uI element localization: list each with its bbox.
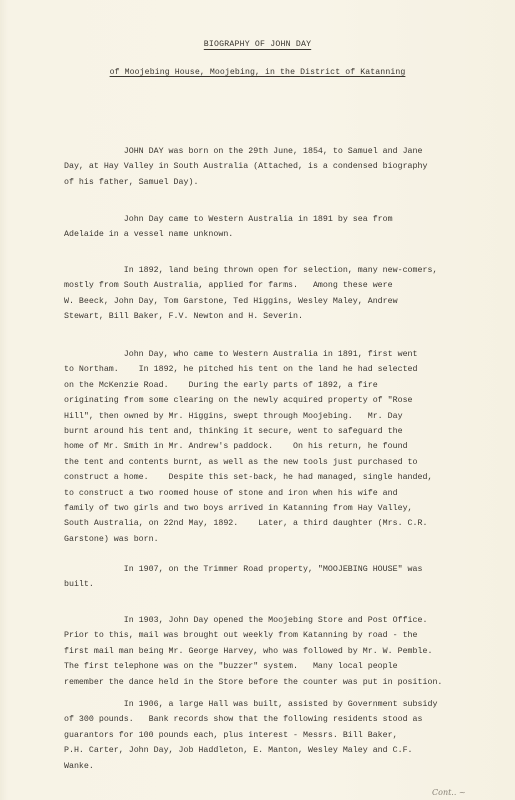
- paragraph-line: to Northam. In 1892, he pitched his tent…: [64, 362, 474, 377]
- paragraph-line: guarantors for 100 pounds each, plus int…: [64, 728, 474, 743]
- paragraph-line: Day, at Hay Valley in South Australia (A…: [64, 159, 474, 174]
- paragraph-line: In 1906, a large Hall was built, assiste…: [64, 697, 474, 712]
- paragraph-line: remember the dance held in the Store bef…: [64, 675, 474, 690]
- paragraph-line: The first telephone was on the "buzzer" …: [64, 659, 474, 674]
- paragraph: In 1906, a large Hall was built, assiste…: [64, 697, 474, 774]
- paragraph-line: John Day, who came to Western Australia …: [64, 347, 474, 362]
- paragraph: John Day came to Western Australia in 18…: [64, 212, 474, 243]
- paragraph-line: of 300 pounds. Bank records show that th…: [64, 712, 474, 727]
- paragraph-line: Garstone) was born.: [64, 532, 474, 547]
- paragraph-line: construct a home. Despite this set-back,…: [64, 470, 474, 485]
- paragraph-line: burnt around his tent and, thinking it s…: [64, 424, 474, 439]
- paragraph-line: P.H. Carter, John Day, Job Haddleton, E.…: [64, 743, 474, 758]
- subtitle-text: of Moojebing House, Moojebing, in the Di…: [110, 68, 406, 77]
- paragraph-line: originating from some clearing on the ne…: [64, 393, 474, 408]
- paragraph-line: family of two girls and two boys arrived…: [64, 501, 474, 516]
- paragraph-line: W. Beeck, John Day, Tom Garstone, Ted Hi…: [64, 294, 474, 309]
- paragraph-line: JOHN DAY was born on the 29th June, 1854…: [64, 144, 474, 159]
- paragraph-line: mostly from South Australia, applied for…: [64, 278, 474, 293]
- paragraph: John Day, who came to Western Australia …: [64, 347, 474, 547]
- paragraph-line: Hill", then owned by Mr. Higgins, swept …: [64, 409, 474, 424]
- paragraph-line: built.: [64, 577, 474, 592]
- paragraph-line: John Day came to Western Australia in 18…: [64, 212, 474, 227]
- paragraph-line: to construct a two roomed house of stone…: [64, 486, 474, 501]
- paragraph: In 1892, land being thrown open for sele…: [64, 263, 474, 325]
- paragraph-line: home of Mr. Smith in Mr. Andrew's paddoc…: [64, 439, 474, 454]
- paragraph-line: on the McKenzie Road. During the early p…: [64, 378, 474, 393]
- paragraph: In 1903, John Day opened the Moojebing S…: [64, 613, 474, 690]
- document-subtitle: of Moojebing House, Moojebing, in the Di…: [0, 68, 515, 77]
- paragraph: In 1907, on the Trimmer Road property, "…: [64, 562, 474, 593]
- paragraph-line: In 1903, John Day opened the Moojebing S…: [64, 613, 474, 628]
- paragraph-line: of his father, Samuel Day).: [64, 175, 474, 190]
- paragraph-line: Adelaide in a vessel name unknown.: [64, 227, 474, 242]
- paragraph: JOHN DAY was born on the 29th June, 1854…: [64, 144, 474, 190]
- document-page: BIOGRAPHY OF JOHN DAY of Moojebing House…: [0, 0, 515, 800]
- paragraph-line: the tent and contents burnt, as well as …: [64, 455, 474, 470]
- paragraph-line: South Australia, on 22nd May, 1892. Late…: [64, 516, 474, 531]
- paragraph-line: Wanke.: [64, 759, 474, 774]
- document-title: BIOGRAPHY OF JOHN DAY: [0, 40, 515, 49]
- paragraph-line: first mail man being Mr. George Harvey, …: [64, 644, 474, 659]
- paragraph-line: In 1892, land being thrown open for sele…: [64, 263, 474, 278]
- handwritten-note: Cont.. ~: [432, 788, 466, 797]
- paragraph-line: In 1907, on the Trimmer Road property, "…: [64, 562, 474, 577]
- title-text: BIOGRAPHY OF JOHN DAY: [204, 40, 311, 49]
- paragraph-line: Stewart, Bill Baker, F.V. Newton and H. …: [64, 309, 474, 324]
- paragraph-line: Prior to this, mail was brought out week…: [64, 628, 474, 643]
